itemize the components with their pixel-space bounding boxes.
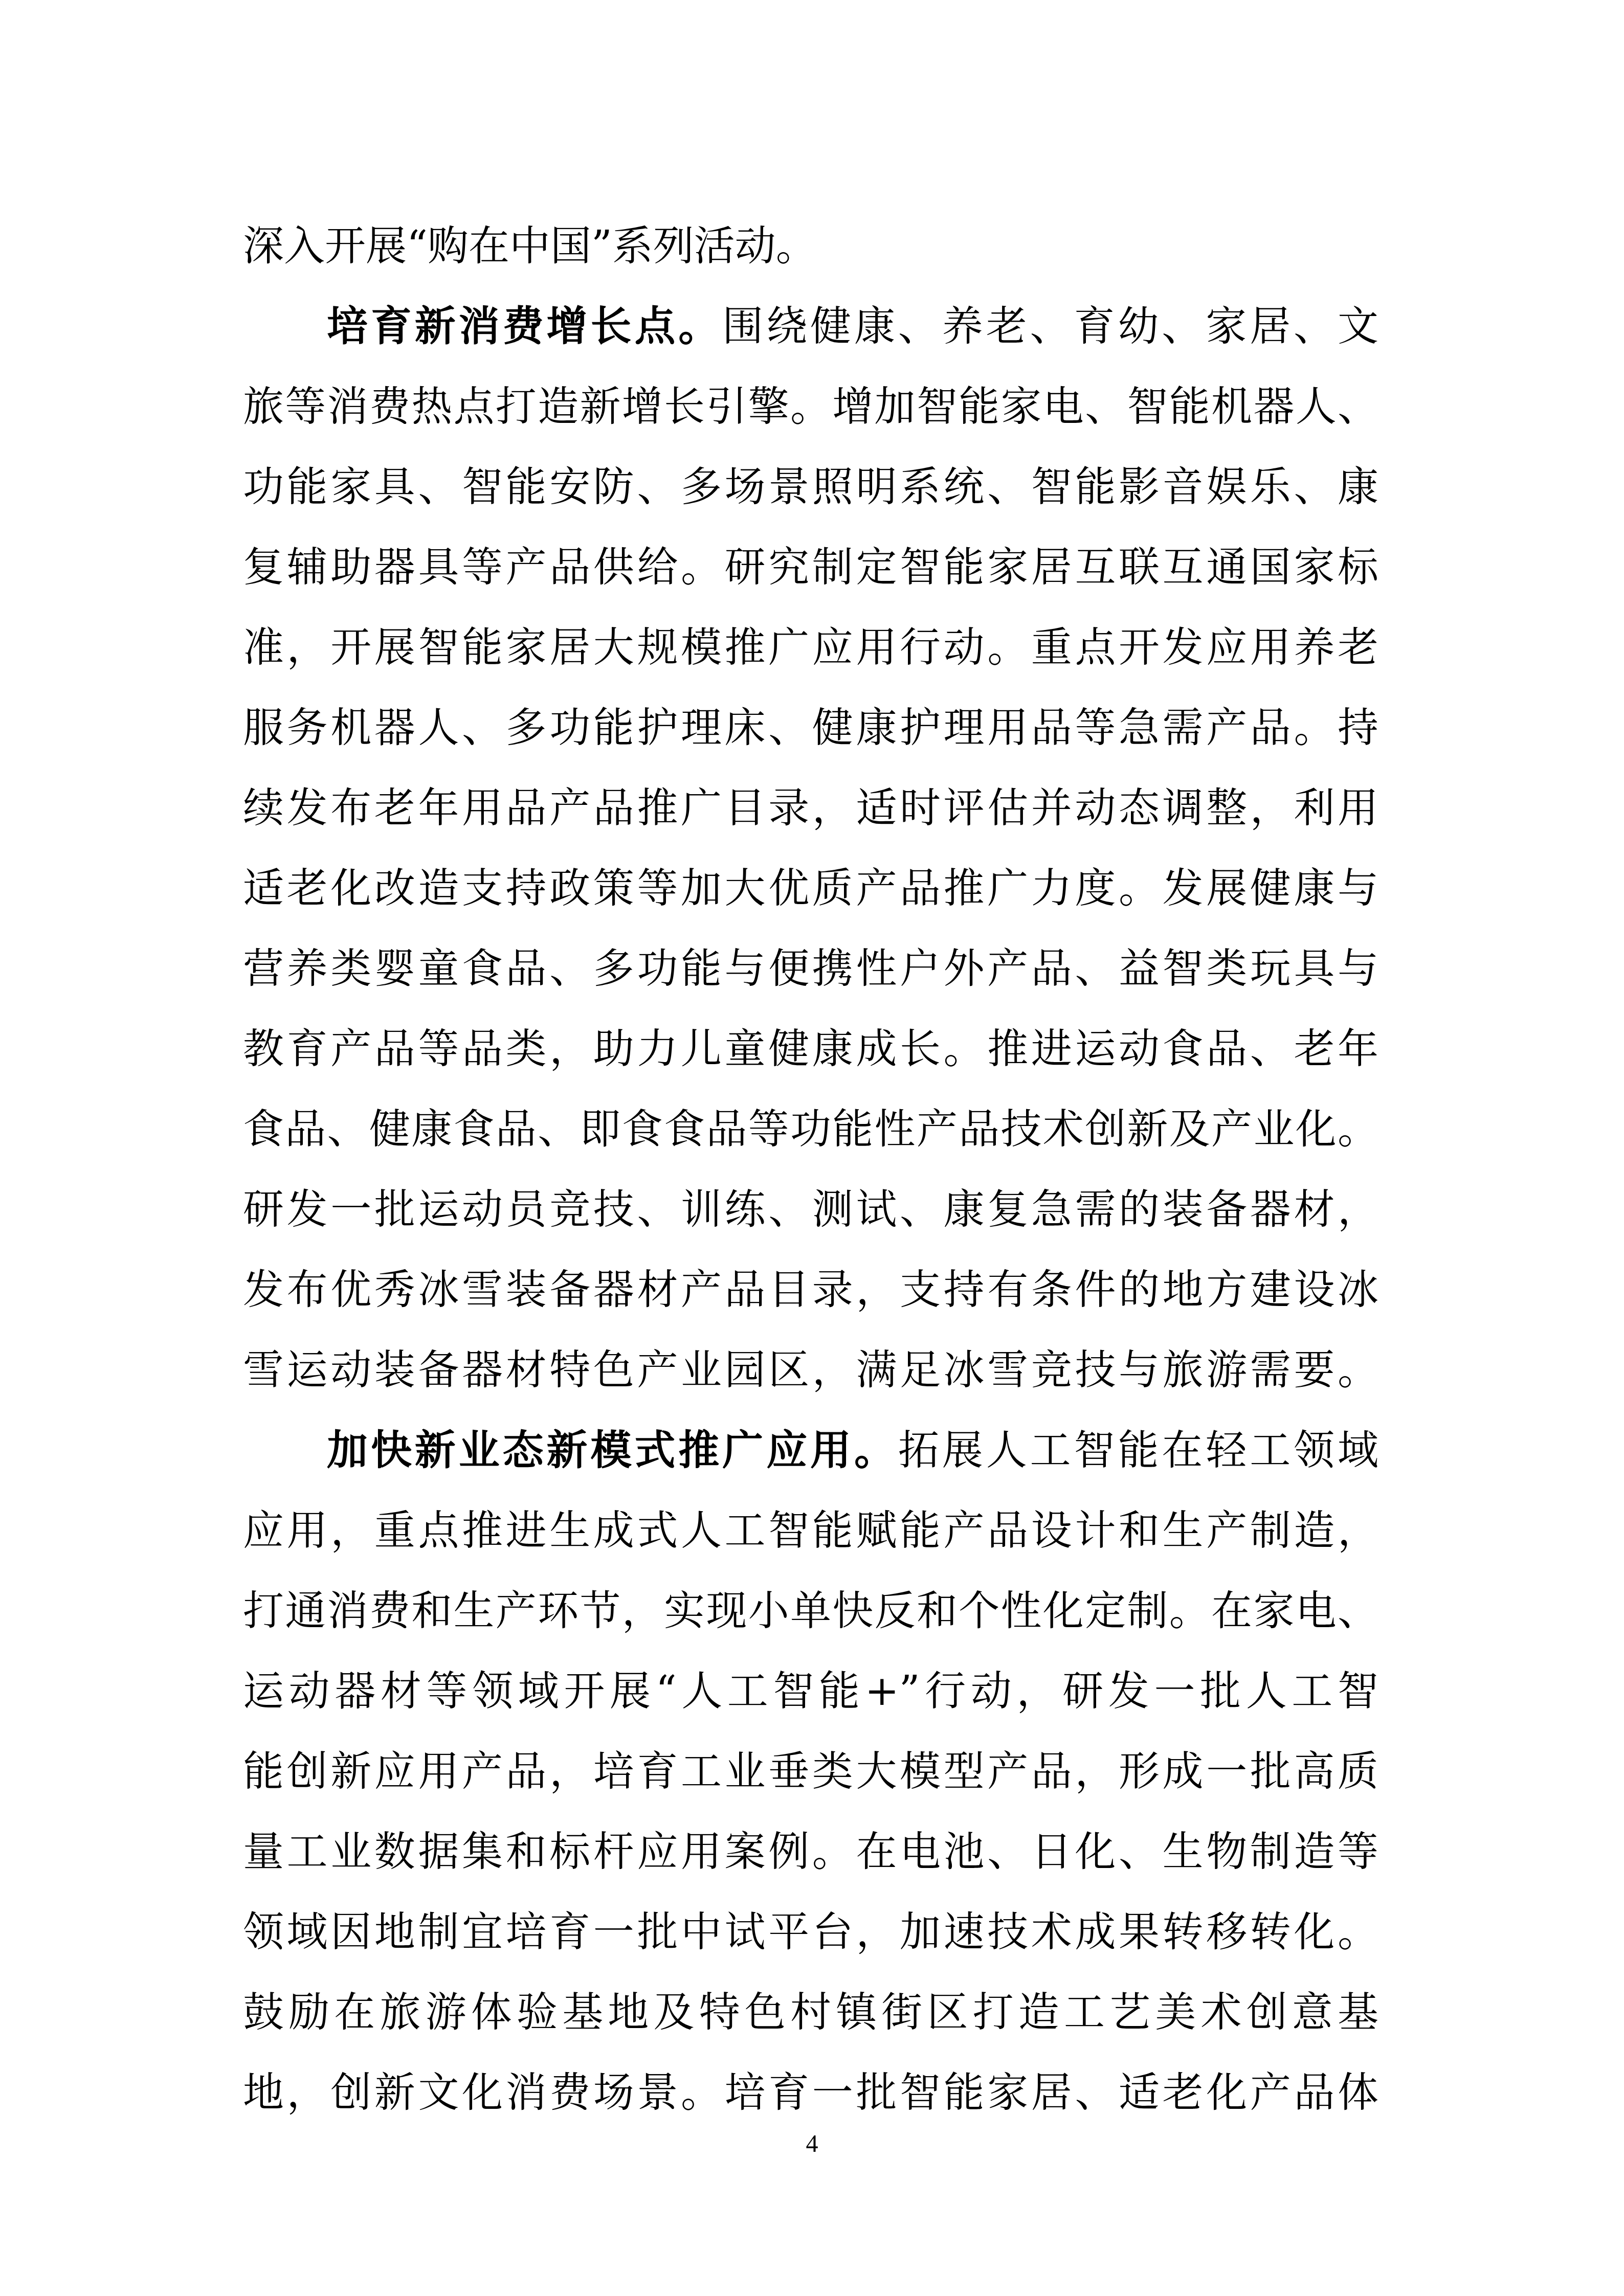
paragraph-heading: 加快新业态新模式推广应用。 [327,1426,898,1474]
paragraph-line: 复辅助器具等产品供给。研究制定智能家居互联互通国家标 [243,527,1378,607]
paragraph-line: 发布优秀冰雪装备器材产品目录，支持有条件的地方建设冰 [243,1249,1378,1330]
paragraph-line: 旅等消费热点打造新增长引擎。增加智能家电、智能机器人、 [243,366,1378,446]
paragraph-line: 量工业数据集和标杆应用案例。在电池、日化、生物制造等 [243,1811,1378,1892]
paragraph-line: 适老化改造支持政策等加大优质产品推广力度。发展健康与 [243,848,1378,928]
paragraph-line: 准，开展智能家居大规模推广应用行动。重点开发应用养老 [243,607,1378,687]
paragraph-line: 运动器材等领域开展“人工智能+”行动，研发一批人工智 [243,1651,1378,1731]
paragraph-line: 研发一批运动员竞技、训练、测试、康复急需的装备器材， [243,1169,1378,1249]
paragraph-line: 教育产品等品类，助力儿童健康成长。推进运动食品、老年 [243,1008,1378,1089]
paragraph-line: 领域因地制宜培育一批中试平台，加速技术成果转移转化。 [243,1892,1378,1972]
paragraph-line: 营养类婴童食品、多功能与便携性户外产品、益智类玩具与 [243,928,1378,1008]
paragraph-first-line: 加快新业态新模式推广应用。拓展人工智能在轻工领域 [243,1410,1378,1490]
paragraph-line: 功能家具、智能安防、多场景照明系统、智能影音娱乐、康 [243,446,1378,527]
paragraph-line: 能创新应用产品，培育工业垂类大模型产品，形成一批高质 [243,1731,1378,1811]
paragraph-line-text: 围绕健康、养老、育幼、家居、文 [722,302,1378,350]
paragraph-first-line: 培育新消费增长点。围绕健康、养老、育幼、家居、文 [243,286,1378,366]
document-page: 深入开展“购在中国”系列活动。 培育新消费增长点。围绕健康、养老、育幼、家居、文… [0,0,1624,2296]
paragraph-line: 深入开展“购在中国”系列活动。 [243,206,1378,286]
paragraph-line: 鼓励在旅游体验基地及特色村镇街区打造工艺美术创意基 [243,1972,1378,2052]
paragraph-line: 续发布老年用品产品推广目录，适时评估并动态调整，利用 [243,768,1378,848]
paragraph-line: 服务机器人、多功能护理床、健康护理用品等急需产品。持 [243,687,1378,768]
paragraph-line: 地，创新文化消费场景。培育一批智能家居、适老化产品体 [243,2052,1378,2132]
paragraph-heading: 培育新消费增长点。 [327,302,722,350]
paragraph-line: 应用，重点推进生成式人工智能赋能产品设计和生产制造， [243,1490,1378,1570]
paragraph-line: 食品、健康食品、即食食品等功能性产品技术创新及产业化。 [243,1089,1378,1169]
page-number: 4 [0,2130,1624,2158]
paragraph-line: 雪运动装备器材特色产业园区，满足冰雪竞技与旅游需要。 [243,1330,1378,1410]
paragraph-line: 打通消费和生产环节，实现小单快反和个性化定制。在家电、 [243,1570,1378,1651]
paragraph-line-text: 拓展人工智能在轻工领域 [898,1426,1378,1474]
body-text: 深入开展“购在中国”系列活动。 培育新消费增长点。围绕健康、养老、育幼、家居、文… [243,206,1378,2132]
